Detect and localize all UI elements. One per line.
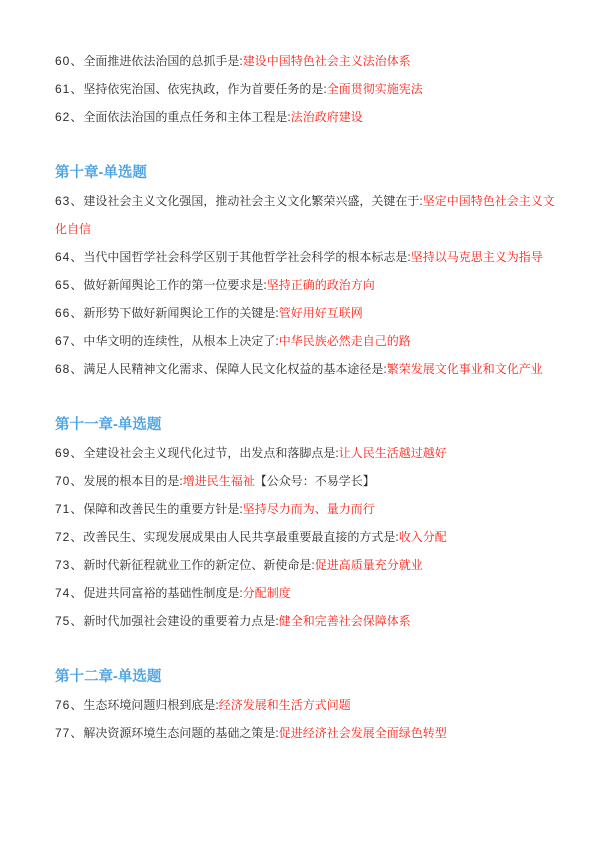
qa-item-76: 76、生态环境问题归根到底是:经济发展和生活方式问题 [55, 691, 555, 719]
qa-item-61: 61、坚持依宪治国、依宪执政，作为首要任务的是:全面贯彻实施宪法 [55, 75, 555, 103]
answer-text: 促进高质量充分就业 [315, 558, 423, 572]
question-text: 坚持依宪治国、依宪执政，作为首要任务的是: [83, 82, 326, 96]
section-chapter-10: 第十章-单选题 63、建设社会主义文化强国，推动社会主义文化繁荣兴盛，关键在于:… [55, 159, 555, 383]
question-number: 68、 [55, 362, 83, 376]
document-page: 60、全面推进依法治国的总抓手是:建设中国特色社会主义法治体系 61、坚持依宪治… [0, 0, 596, 842]
qa-item-65: 65、做好新闻舆论工作的第一位要求是:坚持正确的政治方向 [55, 271, 555, 299]
qa-item-67: 67、中华文明的连续性，从根本上决定了:中华民族必然走自己的路 [55, 327, 555, 355]
question-number: 67、 [55, 334, 83, 348]
qa-item-72: 72、改善民生、实现发展成果由人民共享最重要最直接的方式是:收入分配 [55, 523, 555, 551]
question-number: 70、 [55, 474, 83, 488]
qa-item-74: 74、促进共同富裕的基础性制度是:分配制度 [55, 579, 555, 607]
qa-item-64: 64、当代中国哲学社会科学区别于其他哲学社会科学的根本标志是:坚持以马克思主义为… [55, 243, 555, 271]
answer-text: 全面贯彻实施宪法 [327, 82, 423, 96]
question-number: 75、 [55, 614, 83, 628]
qa-item-68: 68、满足人民精神文化需求、保障人民文化权益的基本途径是:繁荣发展文化事业和文化… [55, 355, 555, 383]
question-number: 65、 [55, 278, 83, 292]
answer-text: 建设中国特色社会主义法治体系 [243, 54, 411, 68]
answer-text: 繁荣发展文化事业和文化产业 [387, 362, 543, 376]
question-text: 新时代加强社会建设的重要着力点是: [83, 614, 278, 628]
answer-text: 分配制度 [243, 586, 291, 600]
question-number: 63、 [55, 194, 83, 208]
qa-item-77: 77、解决资源环境生态问题的基础之策是:促进经济社会发展全面绿色转型 [55, 719, 555, 747]
question-text: 发展的根本目的是: [83, 474, 182, 488]
answer-text: 让人民生活越过越好 [339, 446, 447, 460]
chapter-heading: 第十一章-单选题 [55, 411, 555, 439]
question-number: 73、 [55, 558, 83, 572]
answer-text: 促进经济社会发展全面绿色转型 [279, 726, 447, 740]
question-text: 全面依法治国的重点任务和主体工程是: [83, 110, 290, 124]
question-text: 促进共同富裕的基础性制度是: [83, 586, 242, 600]
answer-text: 增进民生福祉 [183, 474, 255, 488]
answer-text: 坚持以马克思主义为指导 [411, 250, 543, 264]
question-number: 72、 [55, 530, 83, 544]
question-text: 保障和改善民生的重要方针是: [83, 502, 242, 516]
answer-text: 中华民族必然走自己的路 [279, 334, 411, 348]
publisher-note-text: 【公众号：不易学长】 [255, 474, 375, 488]
question-text: 改善民生、实现发展成果由人民共享最重要最直接的方式是: [83, 530, 398, 544]
qa-item-71: 71、保障和改善民生的重要方针是:坚持尽力而为、量力而行 [55, 495, 555, 523]
question-number: 62、 [55, 110, 83, 124]
question-number: 74、 [55, 586, 83, 600]
answer-text: 管好用好互联网 [279, 306, 363, 320]
answer-text: 经济发展和生活方式问题 [219, 698, 351, 712]
answer-text: 坚持正确的政治方向 [267, 278, 375, 292]
question-number: 76、 [55, 698, 83, 712]
qa-item-63: 63、建设社会主义文化强国，推动社会主义文化繁荣兴盛，关键在于:坚定中国特色社会… [55, 187, 555, 243]
qa-item-66: 66、新形势下做好新闻舆论工作的关键是:管好用好互联网 [55, 299, 555, 327]
chapter-heading: 第十章-单选题 [55, 159, 555, 187]
answer-text: 坚持尽力而为、量力而行 [243, 502, 375, 516]
question-number: 64、 [55, 250, 83, 264]
question-text: 建设社会主义文化强国，推动社会主义文化繁荣兴盛，关键在于: [83, 194, 422, 208]
question-number: 66、 [55, 306, 83, 320]
question-number: 71、 [55, 502, 83, 516]
question-text: 新形势下做好新闻舆论工作的关键是: [83, 306, 278, 320]
question-text: 满足人民精神文化需求、保障人民文化权益的基本途径是: [83, 362, 386, 376]
question-text: 生态环境问题归根到底是: [83, 698, 218, 712]
answer-text: 法治政府建设 [291, 110, 363, 124]
answer-text: 健全和完善社会保障体系 [279, 614, 411, 628]
question-text: 中华文明的连续性，从根本上决定了: [83, 334, 278, 348]
question-number: 77、 [55, 726, 83, 740]
question-number: 69、 [55, 446, 83, 460]
qa-item-73: 73、新时代新征程就业工作的新定位、新使命是:促进高质量充分就业 [55, 551, 555, 579]
question-number: 61、 [55, 82, 83, 96]
question-number: 60、 [55, 54, 83, 68]
qa-item-62: 62、全面依法治国的重点任务和主体工程是:法治政府建设 [55, 103, 555, 131]
qa-item-75: 75、新时代加强社会建设的重要着力点是:健全和完善社会保障体系 [55, 607, 555, 635]
question-text: 全建设社会主义现代化过节，出发点和落脚点是: [83, 446, 338, 460]
question-text: 新时代新征程就业工作的新定位、新使命是: [83, 558, 314, 572]
section-law: 60、全面推进依法治国的总抓手是:建设中国特色社会主义法治体系 61、坚持依宪治… [55, 47, 555, 131]
qa-item-60: 60、全面推进依法治国的总抓手是:建设中国特色社会主义法治体系 [55, 47, 555, 75]
chapter-heading: 第十二章-单选题 [55, 663, 555, 691]
answer-text: 收入分配 [399, 530, 447, 544]
question-text: 解决资源环境生态问题的基础之策是: [83, 726, 278, 740]
question-text: 全面推进依法治国的总抓手是: [83, 54, 242, 68]
section-chapter-11: 第十一章-单选题 69、全建设社会主义现代化过节，出发点和落脚点是:让人民生活越… [55, 411, 555, 635]
question-text: 做好新闻舆论工作的第一位要求是: [83, 278, 266, 292]
question-text: 当代中国哲学社会科学区别于其他哲学社会科学的根本标志是: [83, 250, 410, 264]
qa-item-70: 70、发展的根本目的是:增进民生福祉【公众号：不易学长】 [55, 467, 555, 495]
qa-item-69: 69、全建设社会主义现代化过节，出发点和落脚点是:让人民生活越过越好 [55, 439, 555, 467]
section-chapter-12: 第十二章-单选题 76、生态环境问题归根到底是:经济发展和生活方式问题 77、解… [55, 663, 555, 747]
